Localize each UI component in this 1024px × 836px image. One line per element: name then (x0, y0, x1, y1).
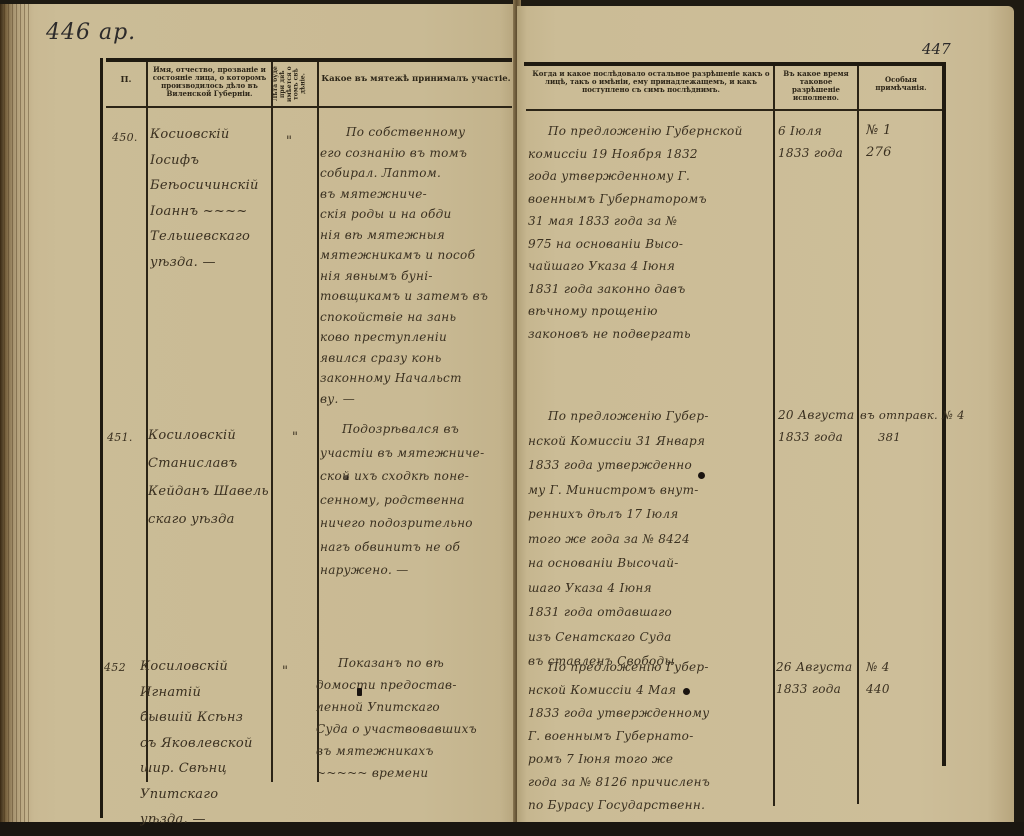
entry-executed-when: 26 Августа 1833 года (776, 656, 856, 700)
entry-remarks: въ отправк. № 4 381 (860, 404, 980, 448)
entry-age: " (292, 426, 298, 450)
ink-blot (357, 688, 362, 696)
header-number: П. (106, 76, 146, 86)
ink-blot (344, 475, 349, 480)
entry-executed-when: 6 Іюля 1833 года (778, 120, 856, 164)
entry-decision: По предложенію Губер- нской Комиссіи 4 М… (528, 656, 772, 817)
entry-executed-when: 20 Августа 1833 года (778, 404, 858, 448)
left-table-outer-rule (100, 58, 103, 818)
ink-blot (698, 472, 705, 479)
entry-age: " (286, 130, 292, 154)
entry-remarks: № 4 440 (866, 656, 942, 700)
header-age: Лѣта буде при двѣ имѣется о томъ свѣ дѣн… (273, 63, 315, 105)
entry-name: Косиовскій Іосифъ Беѣосичинскій Іоаннъ ~… (150, 122, 270, 275)
entry-decision: По предложенію Губернской комиссіи 19 Но… (528, 120, 772, 345)
entry-participation: По собственному его сознанію въ томъ соб… (320, 122, 512, 409)
ink-blot (683, 688, 690, 695)
header-decision: Когда и какое послѣдовало остальное разр… (530, 70, 772, 94)
right-col-rule-1 (773, 66, 775, 806)
entry-decision: По предложенію Губер- нской Комиссіи 31 … (528, 404, 772, 674)
page-edge-stack (0, 4, 30, 828)
entry-participation: Показанъ по вѣ домости предостав- ленной… (316, 652, 512, 784)
left-table-header-rule (106, 106, 512, 108)
right-table-header-rule (526, 109, 946, 111)
header-executed-when: Въ какое время таковое разрѣшеніе исполн… (776, 70, 856, 102)
folio-annotation-left: 446 ар. (46, 20, 136, 45)
left-table-top-rule (106, 58, 512, 62)
header-remarks: Особыя примѣчанія. (860, 76, 942, 92)
entry-participation: Подозрѣвался въ участіи въ мятежниче- ск… (320, 418, 512, 583)
entry-number: 452 (104, 656, 126, 680)
open-register-book: 446 ар. 447 П. Имя, отчество, прозваніе … (0, 0, 1024, 836)
entry-name: Косиловскій Игнатій бывшій Ксѣнз съ Яков… (140, 654, 268, 833)
right-table-top-rule (524, 62, 946, 66)
left-col-rule-2 (271, 62, 273, 782)
entry-age: " (282, 660, 288, 684)
header-name: Имя, отчество, прозваніе и состояніе лиц… (149, 66, 270, 98)
entry-name: Косиловскій Станиславъ Кейданъ Шавель ск… (148, 422, 270, 534)
entry-number: 450. (112, 126, 138, 150)
header-participation: Какое въ мятежѣ принималъ участіе. (320, 75, 512, 85)
folio-number-right: 447 (922, 40, 951, 58)
entry-remarks: № 1 276 (866, 120, 940, 164)
entry-number: 451. (107, 426, 133, 450)
